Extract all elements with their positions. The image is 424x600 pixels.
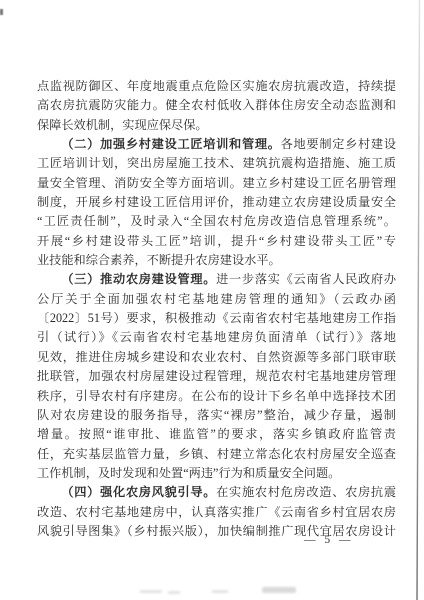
body-text-segment: 保障长效机制，实现应保尽保。 xyxy=(37,118,208,132)
body-text-segment: 任，充实基层监管力量，乡镇、村建立常态化农村房屋安全巡查 xyxy=(37,447,396,461)
text-line: 量安全管理、消防安全等方面培训。建立乡村建设工匠名册管理 xyxy=(37,174,396,193)
text-line: “工匠责任制”，及时录入“全国农村危房改造信息管理系统”。 xyxy=(37,212,396,231)
body-text-segment: 工作机制，及时发现和处置“两违”行为和质量安全问题。 xyxy=(37,466,340,480)
text-line: 工作机制，及时发现和处置“两违”行为和质量安全问题。 xyxy=(37,464,396,483)
text-line: 批联管，加强农村房屋建设过程管理，规范农村宅基地建房管理 xyxy=(37,367,396,386)
text-line: 队对农房建设的服务指导，落实“裸房”整治，减少存量，遏制 xyxy=(37,406,396,425)
text-line: 〔2022〕51号）要求，积极推动《云南省农村宅基地建房工作指 xyxy=(37,309,396,328)
section-heading: （三）推动农房建设管理。 xyxy=(61,272,216,286)
body-text-segment: 批联管，加强农村房屋建设过程管理，规范农村宅基地建房管理 xyxy=(37,369,396,383)
text-line: 秩序，引导农村有序建房。在公布的设计下乡名单中选择技术团 xyxy=(37,387,396,406)
scan-artifact xyxy=(0,9,3,15)
body-text-segment: 业技能和综合素养，不断提升农房建设水平。 xyxy=(37,253,281,267)
body-text-segment: 开展“乡村建设带头工匠”培训，提升“乡村建设带头工匠”专 xyxy=(37,234,396,248)
body-text-segment: 队对农房建设的服务指导，落实“裸房”整治，减少存量，遏制 xyxy=(37,408,396,422)
scan-smudge xyxy=(262,587,296,593)
body-text-segment: 公厅关于全面加强农村宅基地建房管理的通知》（云政办函 xyxy=(37,292,396,306)
text-line: （二）加强乡村建设工匠培训和管理。各地要制定乡村建设 xyxy=(37,135,396,154)
text-line: 保障长效机制，实现应保尽保。 xyxy=(37,116,396,135)
text-line: （三）推动农房建设管理。进一步落实《云南省人民政府办 xyxy=(37,270,396,289)
body-text-segment: 制度，开展乡村建设工匠信用评价，推动建立农房建设质量安全 xyxy=(37,195,396,209)
body-text-segment: 进一步落实《云南省人民政府办 xyxy=(216,272,396,286)
text-line: 高农房抗震防灾能力。健全农村低收入群体住房安全动态监测和 xyxy=(37,96,396,115)
text-line: 公厅关于全面加强农村宅基地建房管理的通知》（云政办函 xyxy=(37,290,396,309)
section-heading: （四）强化农房风貌引导。 xyxy=(61,485,216,499)
section-heading: （二）加强乡村建设工匠培训和管理。 xyxy=(61,137,280,151)
scan-smudge xyxy=(140,590,162,593)
body-text-segment: 点监视防御区、年度地震重点危险区实施农房抗震改造，持续提 xyxy=(37,79,396,93)
body-text-segment: 见效，推进住房城乡建设和农业农村、自然资源等多部门联审联 xyxy=(37,350,396,364)
text-line: 见效，推进住房城乡建设和农业农村、自然资源等多部门联审联 xyxy=(37,348,396,367)
text-line: 改造、农村宅基地建房中，认真落实推广《云南省乡村宜居农房 xyxy=(37,503,396,522)
body-text-segment: 改造、农村宅基地建房中，认真落实推广《云南省乡村宜居农房 xyxy=(37,505,396,519)
document-page: 点监视防御区、年度地震重点危险区实施农房抗震改造，持续提高农房抗震防灾能力。健全… xyxy=(0,0,424,600)
text-line: 业技能和综合素养，不断提升农房建设水平。 xyxy=(37,251,396,270)
text-line: 制度，开展乡村建设工匠信用评价，推动建立农房建设质量安全 xyxy=(37,193,396,212)
text-line: 任，充实基层监管力量，乡镇、村建立常态化农村房屋安全巡查 xyxy=(37,445,396,464)
text-line: 点监视防御区、年度地震重点危险区实施农房抗震改造，持续提 xyxy=(37,77,396,96)
body-text: 点监视防御区、年度地震重点危险区实施农房抗震改造，持续提高农房抗震防灾能力。健全… xyxy=(37,77,396,541)
text-line: 工匠培训计划，突出房屋施工技术、建筑抗震构造措施、施工质 xyxy=(37,154,396,173)
body-text-segment: 秩序，引导农村有序建房。在公布的设计下乡名单中选择技术团 xyxy=(37,389,396,403)
scan-smudge xyxy=(168,591,180,594)
text-line: （四）强化农房风貌引导。在实施农村危房改造、农房抗震 xyxy=(37,483,396,502)
body-text-segment: 量安全管理、消防安全等方面培训。建立乡村建设工匠名册管理 xyxy=(37,176,396,190)
text-line: 引（试行）》《云南省农村宅基地建房负面清单（试行）》落地 xyxy=(37,328,396,347)
page-number: — 5 — xyxy=(304,534,354,546)
body-text-segment: 在实施农村危房改造、农房抗震 xyxy=(216,485,396,499)
body-text-segment: 各地要制定乡村建设 xyxy=(281,137,396,151)
body-text-segment: 工匠培训计划，突出房屋施工技术、建筑抗震构造措施、施工质 xyxy=(37,156,396,170)
body-text-segment: 高农房抗震防灾能力。健全农村低收入群体住房安全动态监测和 xyxy=(37,98,396,112)
text-line: 增量。按照“谁审批、谁监管”的要求，落实乡镇政府监管责 xyxy=(37,425,396,444)
body-text-segment: 引（试行）》《云南省农村宅基地建房负面清单（试行）》落地 xyxy=(37,330,396,344)
body-text-segment: 〔2022〕51号）要求，积极推动《云南省农村宅基地建房工作指 xyxy=(37,311,396,325)
body-text-segment: 增量。按照“谁审批、谁监管”的要求，落实乡镇政府监管责 xyxy=(37,427,396,441)
text-line: 开展“乡村建设带头工匠”培训，提升“乡村建设带头工匠”专 xyxy=(37,232,396,251)
body-text-segment: “工匠责任制”，及时录入“全国农村危房改造信息管理系统”。 xyxy=(37,214,396,228)
scan-smudge xyxy=(212,590,228,593)
